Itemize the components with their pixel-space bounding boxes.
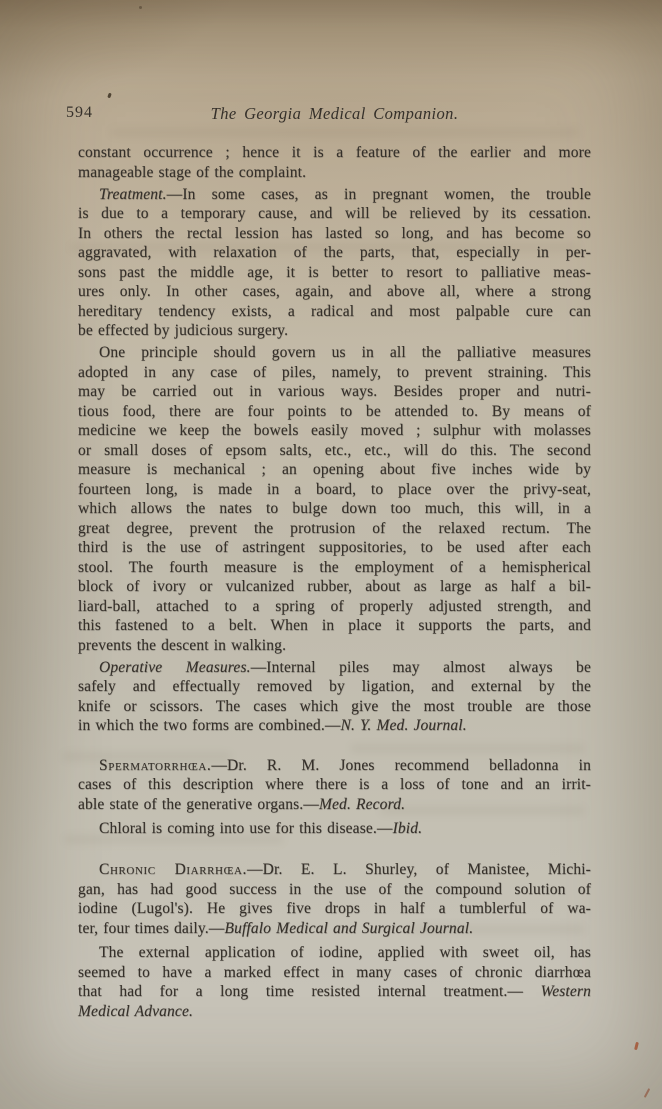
body-text: ter, four times daily.— [78, 920, 224, 937]
text-line: sons past the middle age, it is better t… [78, 263, 591, 283]
body-text: manageable stage of the complaint. [78, 164, 306, 181]
smallcaps-heading: Chronic Diarrhœa. [99, 861, 247, 878]
body-text: block of ivory or vulcanized rubber, abo… [78, 578, 591, 595]
text-line: in which the two forms are combined.—N. … [78, 716, 591, 736]
text-line: constant occurrence ; hence it is a feat… [78, 143, 591, 163]
body-text: One principle should govern us in all th… [99, 344, 591, 361]
body-text: liard-ball, attached to a spring of prop… [78, 598, 591, 615]
text-line: In others the rectal lession has lasted … [78, 224, 591, 244]
body-text: The external application of iodine, appl… [99, 944, 591, 961]
body-text: or small doses of epsom salts, etc., etc… [78, 442, 591, 459]
paragraph-palliative-principle: One principle should govern us in all th… [78, 343, 591, 655]
text-line: which allows the nates to bulge down too… [78, 499, 591, 519]
text-line: tious food, there are four points to be … [78, 402, 591, 422]
italic-text: Operative Measures. [99, 659, 251, 676]
text-line: cases of this description where there is… [78, 775, 591, 795]
body-text: seemed to have a marked effect in many c… [78, 964, 591, 981]
paragraph-piles-continuation: constant occurrence ; hence it is a feat… [78, 143, 591, 182]
body-text: be effected by judicious surgery. [78, 322, 288, 339]
text-line: Chloral is coming into use for this dise… [78, 819, 591, 839]
body-text: gan, has had good success in the use of … [78, 881, 591, 898]
text-line: seemed to have a marked effect in many c… [78, 963, 591, 983]
text-line: manageable stage of the complaint. [78, 163, 591, 183]
body-text: stool. The fourth measure is the employm… [78, 559, 591, 576]
text-line: may be carried out in various ways. Besi… [78, 382, 591, 402]
running-title: The Georgia Medical Companion. [78, 104, 591, 124]
item-iodine-external: The external application of iodine, appl… [78, 943, 591, 1021]
page-header: 594 The Georgia Medical Companion. [78, 104, 591, 126]
body-text: sons past the middle age, it is better t… [78, 264, 591, 281]
text-line: medicine we keep the bowels easily moved… [78, 421, 591, 441]
text-line: knife or scissors. The cases which give … [78, 697, 591, 717]
text-line: prevents the descent in walking. [78, 636, 591, 656]
paper-speck [107, 93, 112, 99]
text-line: liard-ball, attached to a spring of prop… [78, 597, 591, 617]
text-line: is due to a temporary cause, and will be… [78, 204, 591, 224]
text-line: iodine (Lugol's). He gives five drops in… [78, 899, 591, 919]
body-text: hereditary tendency exists, a radical an… [78, 303, 591, 320]
smallcaps-heading: Spermatorrhœa. [99, 757, 211, 774]
body-text: this fastened to a belt. When in place i… [78, 617, 591, 634]
bleedthrough-smudge [110, 128, 580, 137]
body-text: tious food, there are four points to be … [78, 403, 591, 420]
italic-text: Medical Advance. [78, 1003, 193, 1020]
text-line: able state of the generative organs.—Med… [78, 795, 591, 815]
body-text: fourteen long, is made in a board, to pl… [78, 481, 591, 498]
body-text: third is the use of astringent supposito… [78, 539, 591, 556]
paper-speck [139, 6, 142, 9]
text-line: The external application of iodine, appl… [78, 943, 591, 963]
italic-text: Med. Record. [319, 796, 405, 813]
text-line: gan, has had good success in the use of … [78, 880, 591, 900]
page-body: constant occurrence ; hence it is a feat… [78, 143, 591, 1021]
body-text: cases of this description where there is… [78, 776, 591, 793]
paragraph-treatment: Treatment.—In some cases, as in pregnant… [78, 185, 591, 341]
body-text: great degree, prevent the protrusion of … [78, 520, 591, 537]
page-number: 594 [66, 104, 93, 122]
body-text: adopted in any case of piles, namely, to… [78, 364, 591, 381]
italic-text: Buffalo Medical and Surgical Journal. [224, 920, 473, 937]
text-line: safely and effectually removed by ligati… [78, 677, 591, 697]
text-line: third is the use of astringent supposito… [78, 538, 591, 558]
text-line: adopted in any case of piles, namely, to… [78, 363, 591, 383]
text-line: hereditary tendency exists, a radical an… [78, 302, 591, 322]
text-line: ter, four times daily.—Buffalo Medical a… [78, 919, 591, 939]
body-text: medicine we keep the bowels easily moved… [78, 422, 591, 439]
body-text: may be carried out in various ways. Besi… [78, 383, 591, 400]
italic-text: Western [541, 983, 591, 1000]
body-text: iodine (Lugol's). He gives five drops in… [78, 900, 591, 917]
text-line: or small doses of epsom salts, etc., etc… [78, 441, 591, 461]
item-spermatorrhoea: Spermatorrhœa.—Dr. R. M. Jones recommend… [78, 756, 591, 815]
italic-text: N. Y. Med. Journal. [341, 717, 467, 734]
text-line: stool. The fourth measure is the employm… [78, 558, 591, 578]
text-line: that had for a long time resisted intern… [78, 982, 591, 1002]
paper-speck [634, 1042, 639, 1050]
body-text: In others the rectal lession has lasted … [78, 225, 591, 242]
body-text: is due to a temporary cause, and will be… [78, 205, 591, 222]
body-text: safely and effectually removed by ligati… [78, 678, 591, 695]
text-line: this fastened to a belt. When in place i… [78, 616, 591, 636]
item-chloral: Chloral is coming into use for this dise… [78, 819, 591, 839]
body-text: Chloral is coming into use for this dise… [99, 820, 393, 837]
text-line: Operative Measures.—Internal piles may a… [78, 658, 591, 678]
text-line: Chronic Diarrhœa.—Dr. E. L. Shurley, of … [78, 860, 591, 880]
body-text: constant occurrence ; hence it is a feat… [78, 144, 591, 161]
text-line: ures only. In other cases, again, and ab… [78, 282, 591, 302]
body-text: ures only. In other cases, again, and ab… [78, 283, 591, 300]
body-text: that had for a long time resisted intern… [78, 983, 541, 1000]
text-line: block of ivory or vulcanized rubber, abo… [78, 577, 591, 597]
text-line: Medical Advance. [78, 1002, 591, 1022]
text-line: measure is mechanical ; an opening about… [78, 460, 591, 480]
text-line: Spermatorrhœa.—Dr. R. M. Jones recommend… [78, 756, 591, 776]
body-text: —Internal piles may almost always be [251, 659, 591, 676]
italic-text: Ibid. [393, 820, 423, 837]
body-text: knife or scissors. The cases which give … [78, 698, 591, 715]
body-text: in which the two forms are combined.— [78, 717, 341, 734]
italic-text: Treatment. [99, 186, 167, 203]
body-text: —In some cases, as in pregnant women, th… [167, 186, 591, 203]
text-line: fourteen long, is made in a board, to pl… [78, 480, 591, 500]
body-text: which allows the nates to bulge down too… [78, 500, 591, 517]
body-text: —Dr. E. L. Shurley, of Manistee, Michi- [247, 861, 591, 878]
text-line: be effected by judicious surgery. [78, 321, 591, 341]
text-line: One principle should govern us in all th… [78, 343, 591, 363]
body-text: —Dr. R. M. Jones recommend belladonna in [211, 757, 591, 774]
item-chronic-diarrhoea: Chronic Diarrhœa.—Dr. E. L. Shurley, of … [78, 860, 591, 938]
paragraph-operative-measures: Operative Measures.—Internal piles may a… [78, 658, 591, 736]
body-text: measure is mechanical ; an opening about… [78, 461, 591, 478]
text-line: Treatment.—In some cases, as in pregnant… [78, 185, 591, 205]
text-line: great degree, prevent the protrusion of … [78, 519, 591, 539]
body-text: prevents the descent in walking. [78, 637, 286, 654]
paper-speck [644, 1088, 650, 1098]
body-text: able state of the generative organs.— [78, 796, 319, 813]
text-line: aggravated, with relaxation of the parts… [78, 243, 591, 263]
scanned-book-page: 594 The Georgia Medical Companion. const… [0, 0, 662, 1109]
body-text: aggravated, with relaxation of the parts… [78, 244, 591, 261]
